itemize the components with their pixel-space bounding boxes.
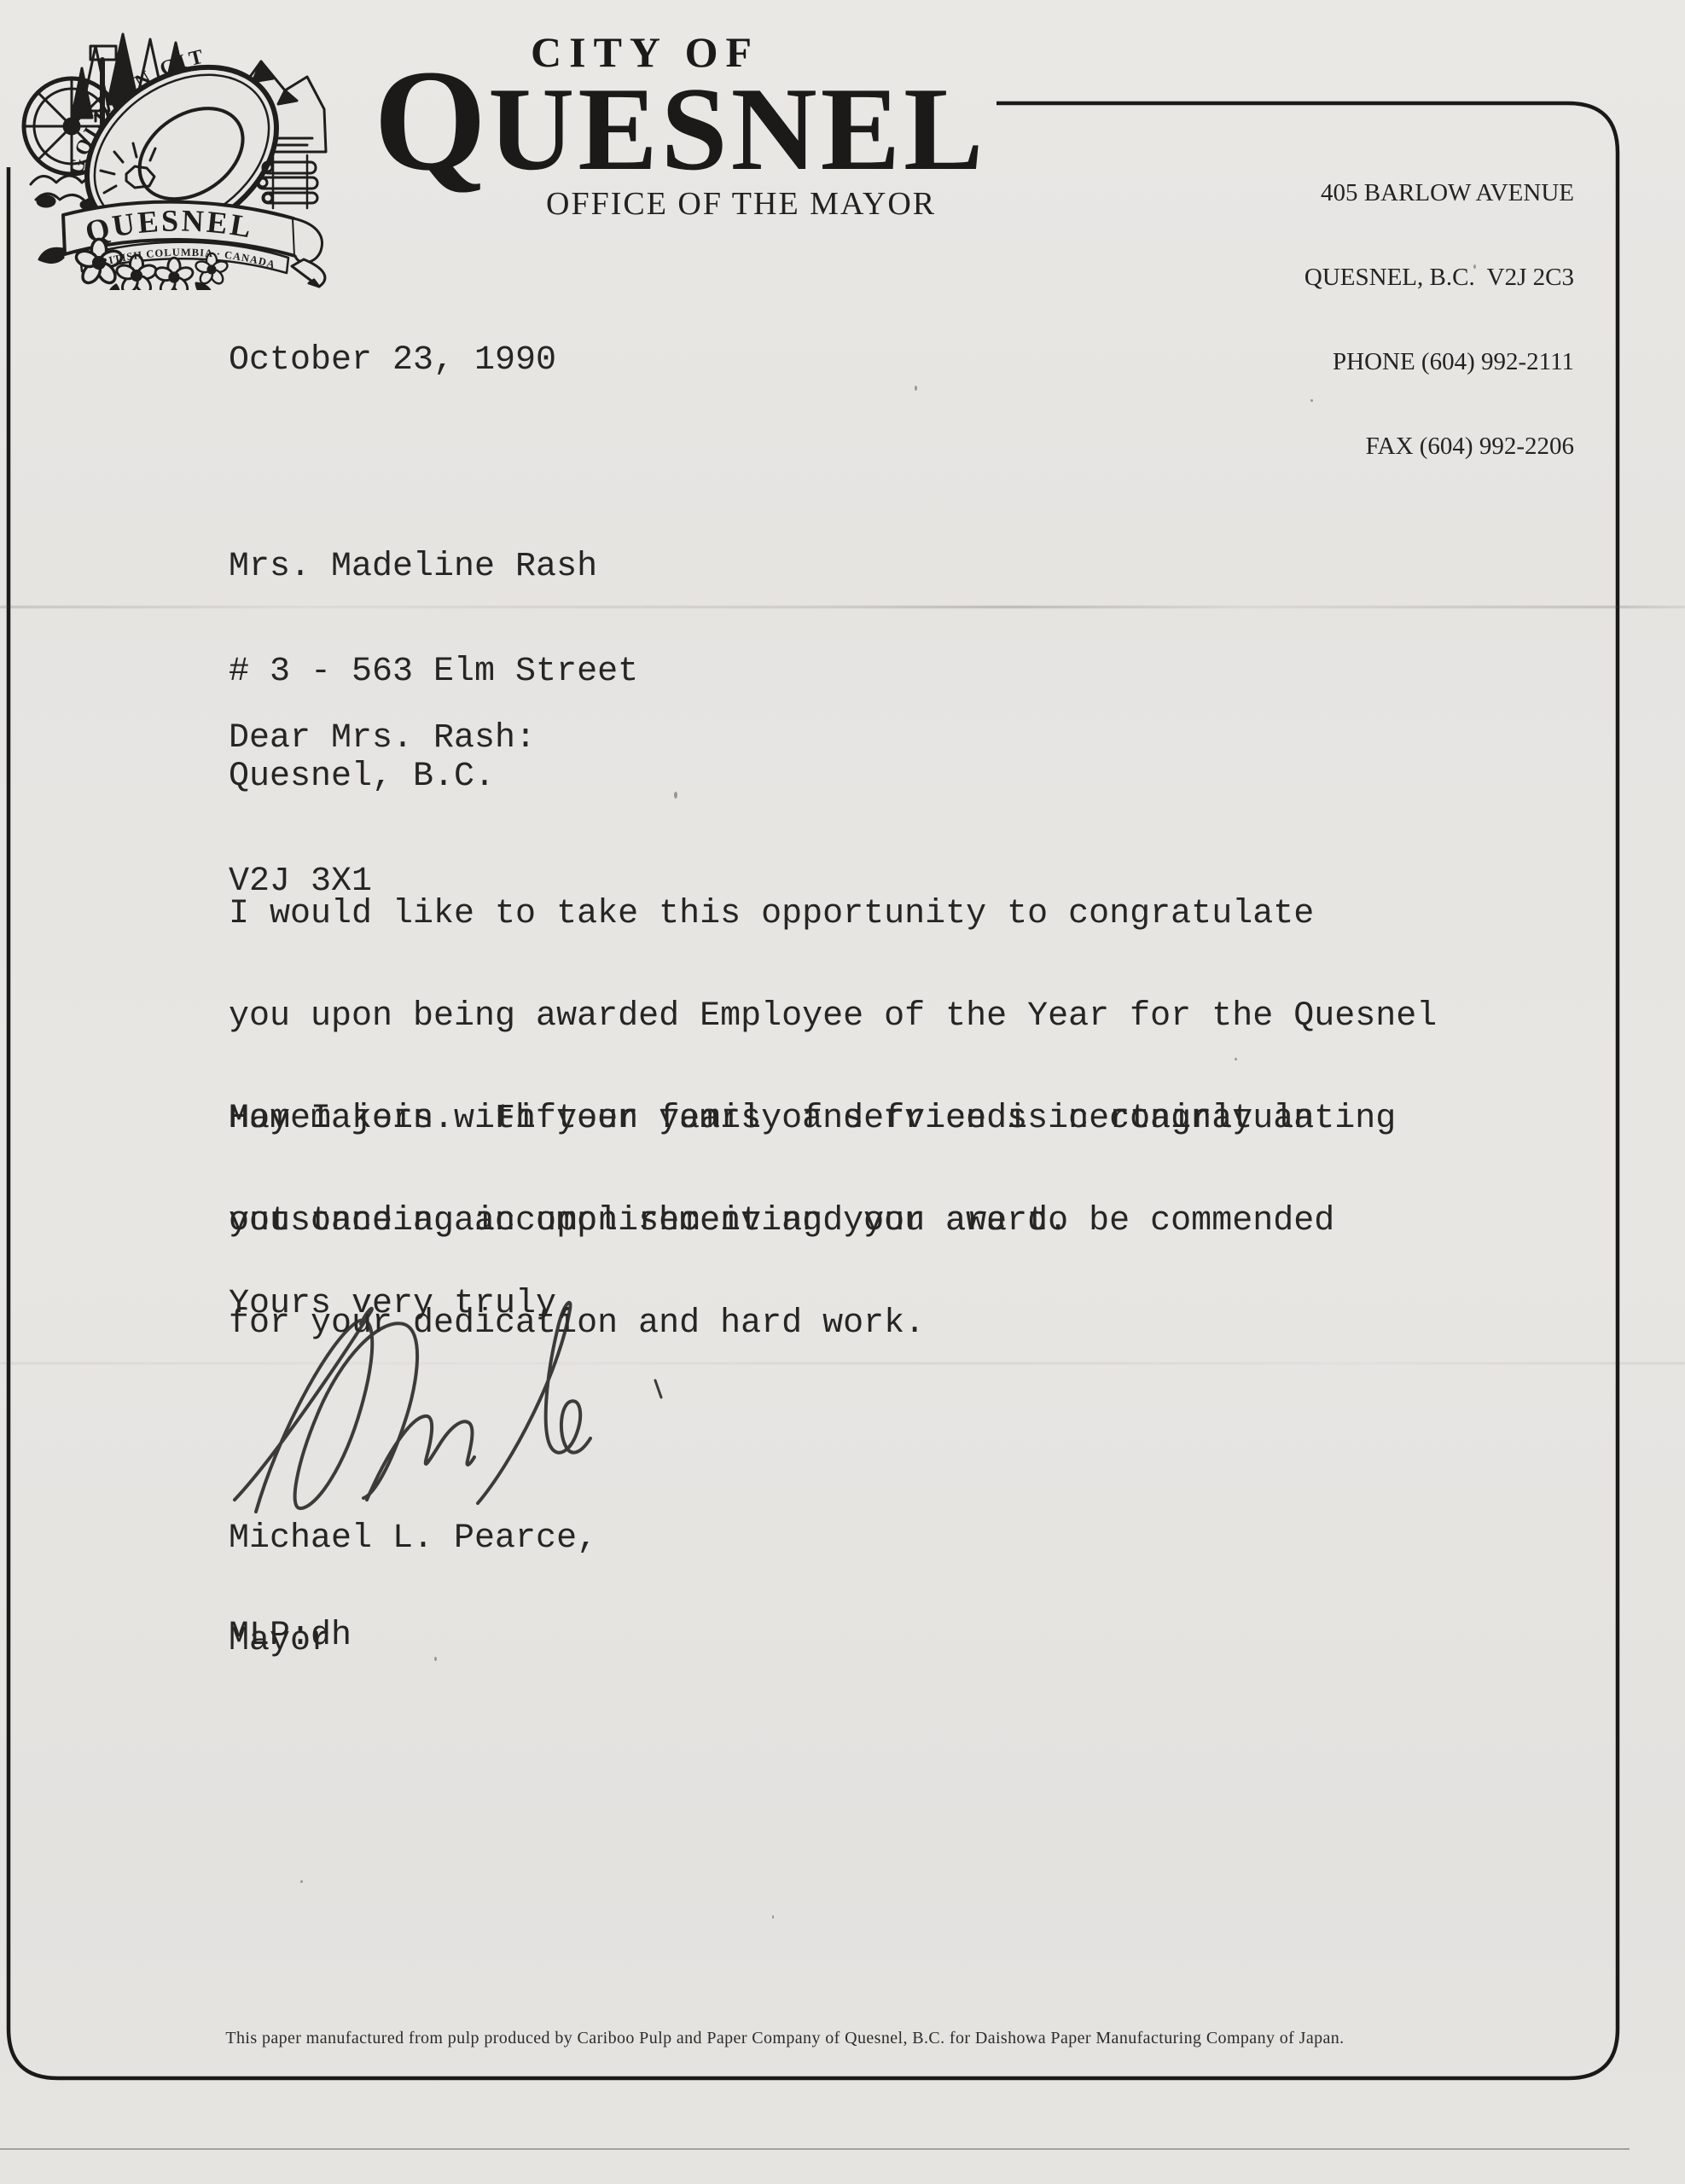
body-line: I would like to take this opportunity to… [229, 897, 1437, 932]
scanned-letter-page: { "letterhead": { "city_of": "CITY OF", … [0, 0, 1685, 2184]
recipient-city: Quesnel, B.C. [229, 759, 638, 794]
salutation: Dear Mrs. Rash: [229, 721, 536, 756]
letterhead-contact-block: 405 BARLOW AVENUE QUESNEL, B.C. V2J 2C3 … [1304, 123, 1574, 489]
scan-speck [1473, 264, 1476, 269]
body-line: you once again upon receiving your award… [229, 1205, 1396, 1239]
recipient-street: # 3 - 563 Elm Street [229, 654, 638, 689]
letter-date: October 23, 1990 [229, 343, 556, 378]
signature-block: Michael L. Pearce, Mayor [229, 1454, 597, 1693]
scan-speck [772, 1915, 774, 1919]
paper-manufacture-footnote: This paper manufactured from pulp produc… [0, 2029, 1570, 2048]
body-line: May I join with your family and friends … [229, 1102, 1396, 1136]
contact-city: QUESNEL, B.C. V2J 2C3 [1304, 264, 1574, 292]
body-paragraph-2: May I join with your family and friends … [229, 1034, 1396, 1273]
scan-speck [1235, 1058, 1237, 1060]
letterhead-office-title: OFFICE OF THE MAYOR [546, 188, 936, 220]
quesnel-city-crest-logo: GOLDPAN CITY QUESNEL BRITISH COLUMBIA · … [7, 9, 335, 290]
typist-initials: MLP:dh [229, 1618, 352, 1653]
scan-speck [1310, 399, 1313, 402]
scan-speck [300, 1880, 303, 1883]
logs-icon [258, 155, 317, 208]
scan-speck [915, 386, 917, 391]
scan-speck [674, 792, 677, 799]
scan-speck [434, 1657, 437, 1661]
paper-edge-shadow [0, 2148, 1630, 2150]
contact-street: 405 BARLOW AVENUE [1304, 179, 1574, 207]
contact-fax: FAX (604) 992-2206 [1304, 433, 1574, 461]
signer-name: Michael L. Pearce, [229, 1522, 597, 1556]
contact-phone: PHONE (604) 992-2111 [1304, 348, 1574, 376]
letterhead-city-name: QUESNEL [374, 48, 986, 193]
recipient-name: Mrs. Madeline Rash [229, 549, 638, 584]
body-line: you upon being awarded Employee of the Y… [229, 1000, 1437, 1034]
